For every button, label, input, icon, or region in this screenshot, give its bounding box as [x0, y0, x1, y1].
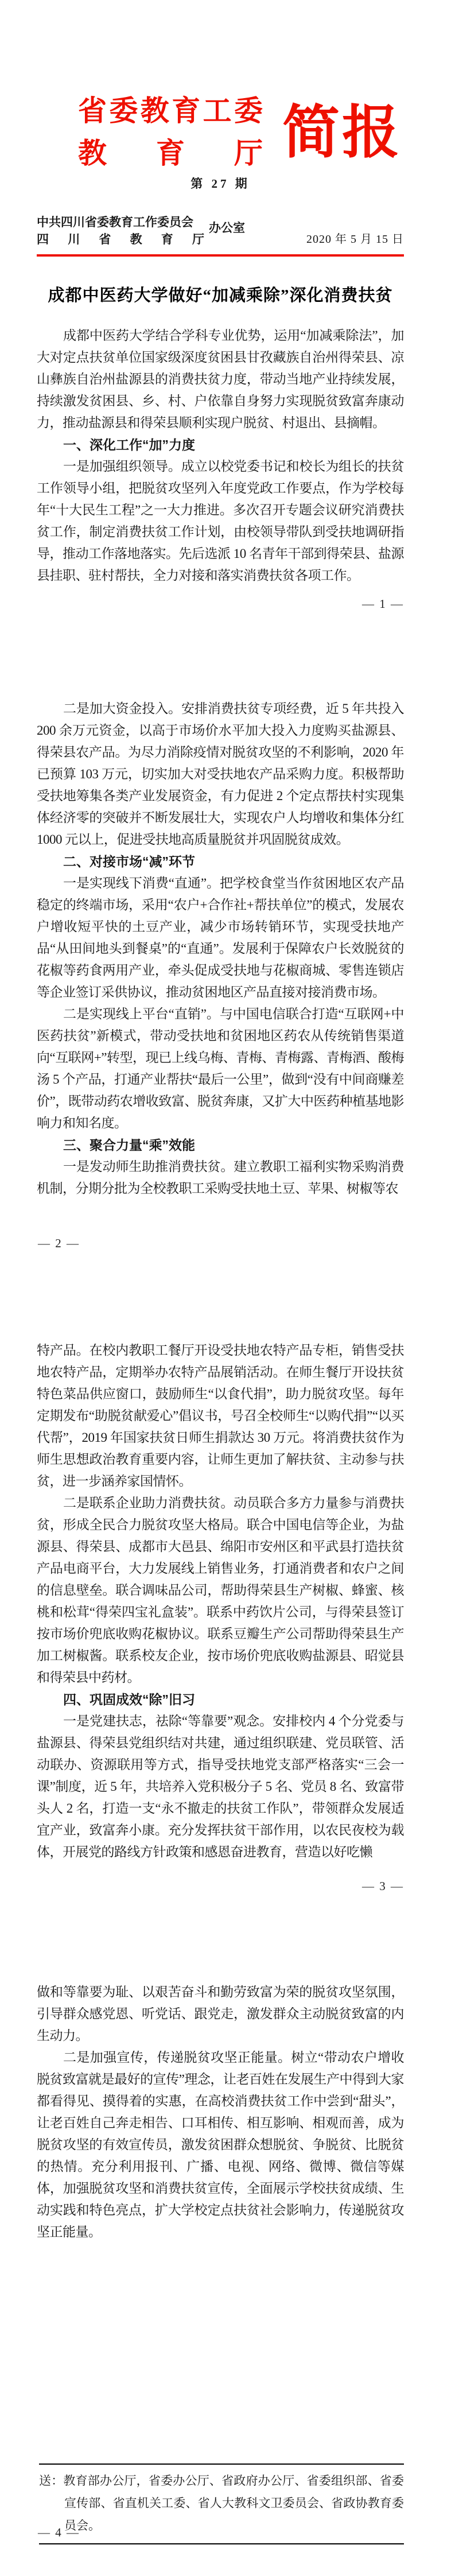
masthead-org-block: 省委教育工委 教 育 厅: [78, 90, 263, 174]
body-paragraph: 一是加强组织领导。成立以校党委书记和校长为组长的扶贫工作领导小组，把脱贫攻坚列入…: [37, 456, 404, 587]
body-paragraph: 一是发动师生助推消费扶贫。建立教职工福利实物采购消费机制，分期分批为全校教职工采…: [37, 1156, 404, 1200]
publisher-line2: 四 川 省 教 育 厅: [37, 231, 204, 248]
publisher-row: 中共四川省委教育工作委员会 四 川 省 教 育 厅 办公室 2020 年 5 月…: [37, 214, 404, 248]
bulletin-title: 简报: [282, 93, 402, 173]
body-paragraph: 二是联系企业助力消费扶贫。动员联合多方力量参与消费扶贫，形成全民合力脱贫攻坚大格…: [37, 1492, 404, 1689]
body-paragraph: 一是党建扶志，祛除“等靠要”观念。安排校内 4 个分党委与盐源县、得荣县党组织结…: [37, 1710, 404, 1863]
publisher-line1: 中共四川省委教育工作委员会: [37, 214, 204, 231]
body-paragraph: 一是实现线下消费“直通”。把学校食堂当作贫困地区农产品稳定的终端市场，采用“农户…: [37, 872, 404, 1003]
body-paragraph: 特产品。在校内教职工餐厅开设受扶地农特产品专柜，销售受扶地农特产品，定期举办农特…: [37, 1340, 404, 1492]
section-heading: 四、巩固成效“除”旧习: [37, 1689, 404, 1710]
masthead-divider-rule: [37, 254, 404, 257]
page-number-3: — 3 —: [37, 1879, 404, 1894]
body-paragraph: 二是实现线上平台“直销”。与中国电信联合打造“互联网+中医药扶贫”新模式，带动受…: [37, 1003, 404, 1134]
publisher-office: 办公室: [209, 219, 245, 243]
masthead-org-line1: 省委教育工委: [78, 90, 263, 132]
masthead: 省委教育工委 教 育 厅 简报: [37, 87, 404, 182]
section-heading: 二、对接市场“减”环节: [37, 851, 404, 872]
page-1-body: 成都中医药大学结合学科专业优势，运用“加减乘除法”，加大对定点扶贫单位国家级深度…: [37, 325, 404, 587]
section-heading: 一、深化工作“加”力度: [37, 434, 404, 456]
issue-number: 第 27 期: [37, 174, 404, 192]
distribution-list: 送：教育部办公厅，省委办公厅、省政府办公厅、省委组织部、省委宣传部、省直机关工委…: [39, 2470, 404, 2537]
body-paragraph: 做和等靠要为耻、以艰苦奋斗和勤劳致富为荣的脱贫攻坚氛围，引导群众感党恩、听党话、…: [37, 1981, 404, 2047]
page-number-1: — 1 —: [37, 597, 404, 611]
article-title: 成都中医药大学做好“加减乘除”深化消费扶贫: [37, 282, 404, 306]
body-paragraph: 二是加强宣传，传递脱贫攻坚正能量。树立“带动农户增收脱贫致富就是最好的宣传”理念…: [37, 2047, 404, 2243]
publisher-left: 中共四川省委教育工作委员会 四 川 省 教 育 厅 办公室: [37, 214, 245, 248]
page-4-body: 做和等靠要为耻、以艰苦奋斗和勤劳致富为荣的脱贫攻坚氛围，引导群众感党恩、听党话、…: [37, 1981, 404, 2243]
publisher-org-block: 中共四川省委教育工作委员会 四 川 省 教 育 厅: [37, 214, 204, 248]
body-paragraph: 成都中医药大学结合学科专业优势，运用“加减乘除法”，加大对定点扶贫单位国家级深度…: [37, 325, 404, 434]
masthead-org-line2: 教 育 厅: [78, 132, 263, 174]
page-number-2: — 2 —: [38, 1236, 80, 1251]
body-paragraph: 二是加大资金投入。安排消费扶贫专项经费，近 5 年共投入 200 余万元资金，以…: [37, 698, 404, 851]
issue-date: 2020 年 5 月 15 日: [306, 230, 404, 248]
bulletin-document: 省委教育工委 教 育 厅 简报 第 27 期 中共四川省委教育工作委员会 四 川…: [0, 0, 455, 2576]
distribution-footer: 送：教育部办公厅，省委办公厅、省政府办公厅、省委组织部、省委宣传部、省直机关工委…: [39, 2464, 404, 2544]
page-2-body: 二是加大资金投入。安排消费扶贫专项经费，近 5 年共投入 200 余万元资金，以…: [37, 698, 404, 1200]
section-heading: 三、聚合力量“乘”效能: [37, 1134, 404, 1156]
page-3-body: 特产品。在校内教职工餐厅开设受扶地农特产品专柜，销售受扶地农特产品，定期举办农特…: [37, 1340, 404, 1863]
